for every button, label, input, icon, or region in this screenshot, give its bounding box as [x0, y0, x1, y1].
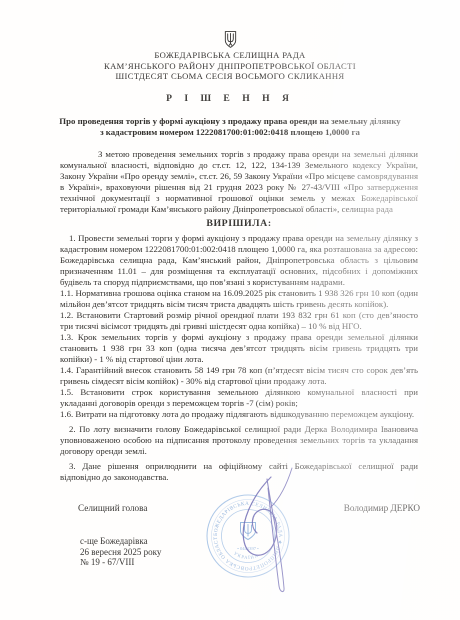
- footer-place: с-ще Божедарівка: [80, 536, 460, 546]
- title-line1: Про проведення торгів у формі аукціону з…: [30, 116, 430, 127]
- resolution-item: 1.1. Нормативна грошова оцінка станом на…: [60, 288, 418, 310]
- ukraine-trident-icon: [223, 30, 238, 49]
- org-name-line2: КАМ’ЯНСЬКОГО РАЙОНУ ДНІПРОПЕТРОВСЬКОЇ ОБ…: [0, 61, 460, 72]
- handwritten-signature: [243, 468, 292, 592]
- document-type-heading: Р І Ш Е Н Н Я: [0, 93, 460, 104]
- document-page: БОЖЕДАРІВСЬКА СЕЛИЩНА РАДА КАМ’ЯНСЬКОГО …: [0, 0, 460, 620]
- resolution-item: 1.6. Витрати на підготовку лота до прода…: [60, 409, 418, 420]
- title-line2: з кадастровим номером 1222081700:01:002:…: [30, 127, 430, 138]
- document-body: З метою проведення земельних торгів з пр…: [0, 149, 460, 483]
- org-name-line3: ШІСТДЕСЯТ СЬОМА СЕСІЯ ВОСЬМОГО СКЛИКАННЯ: [0, 71, 460, 82]
- resolved-heading: ВИРІШИЛА:: [60, 218, 418, 229]
- resolution-item: 3. Дане рішення оприлюднити на офіційном…: [60, 461, 418, 483]
- emblem-row: [0, 30, 460, 50]
- resolution-items: 1. Провести земельні торги у формі аукці…: [60, 233, 418, 483]
- resolution-item: 1.3. Крок земельних торгів у формі аукці…: [60, 332, 418, 365]
- document-title: Про проведення торгів у формі аукціону з…: [0, 116, 460, 138]
- resolution-item: 1.5. Встановити строк користування земел…: [60, 387, 418, 409]
- resolution-item: 1.2. Встановити Стартовий розмір річної …: [60, 310, 418, 332]
- resolution-item: 1. Провести земельні торги у формі аукці…: [60, 233, 418, 288]
- signature-block: Селищний голова Володимир ДЕРКО: [0, 503, 460, 513]
- footer-date: 26 вересня 2025 року: [80, 547, 460, 557]
- resolution-item: 2. По лоту визначити голову Божедарівськ…: [60, 424, 418, 457]
- footer-block: с-ще Божедарівка 26 вересня 2025 року № …: [0, 536, 460, 567]
- resolution-item: 1.4. Гарантійний внесок становить 58 149…: [60, 365, 418, 387]
- signature-position-label: Селищний голова: [78, 503, 147, 513]
- org-name-line1: БОЖЕДАРІВСЬКА СЕЛИЩНА РАДА: [0, 50, 460, 61]
- preamble-paragraph: З метою проведення земельних торгів з пр…: [60, 149, 418, 215]
- footer-number: № 19 - 67/VIII: [80, 557, 460, 567]
- signature-name: Володимир ДЕРКО: [344, 503, 420, 513]
